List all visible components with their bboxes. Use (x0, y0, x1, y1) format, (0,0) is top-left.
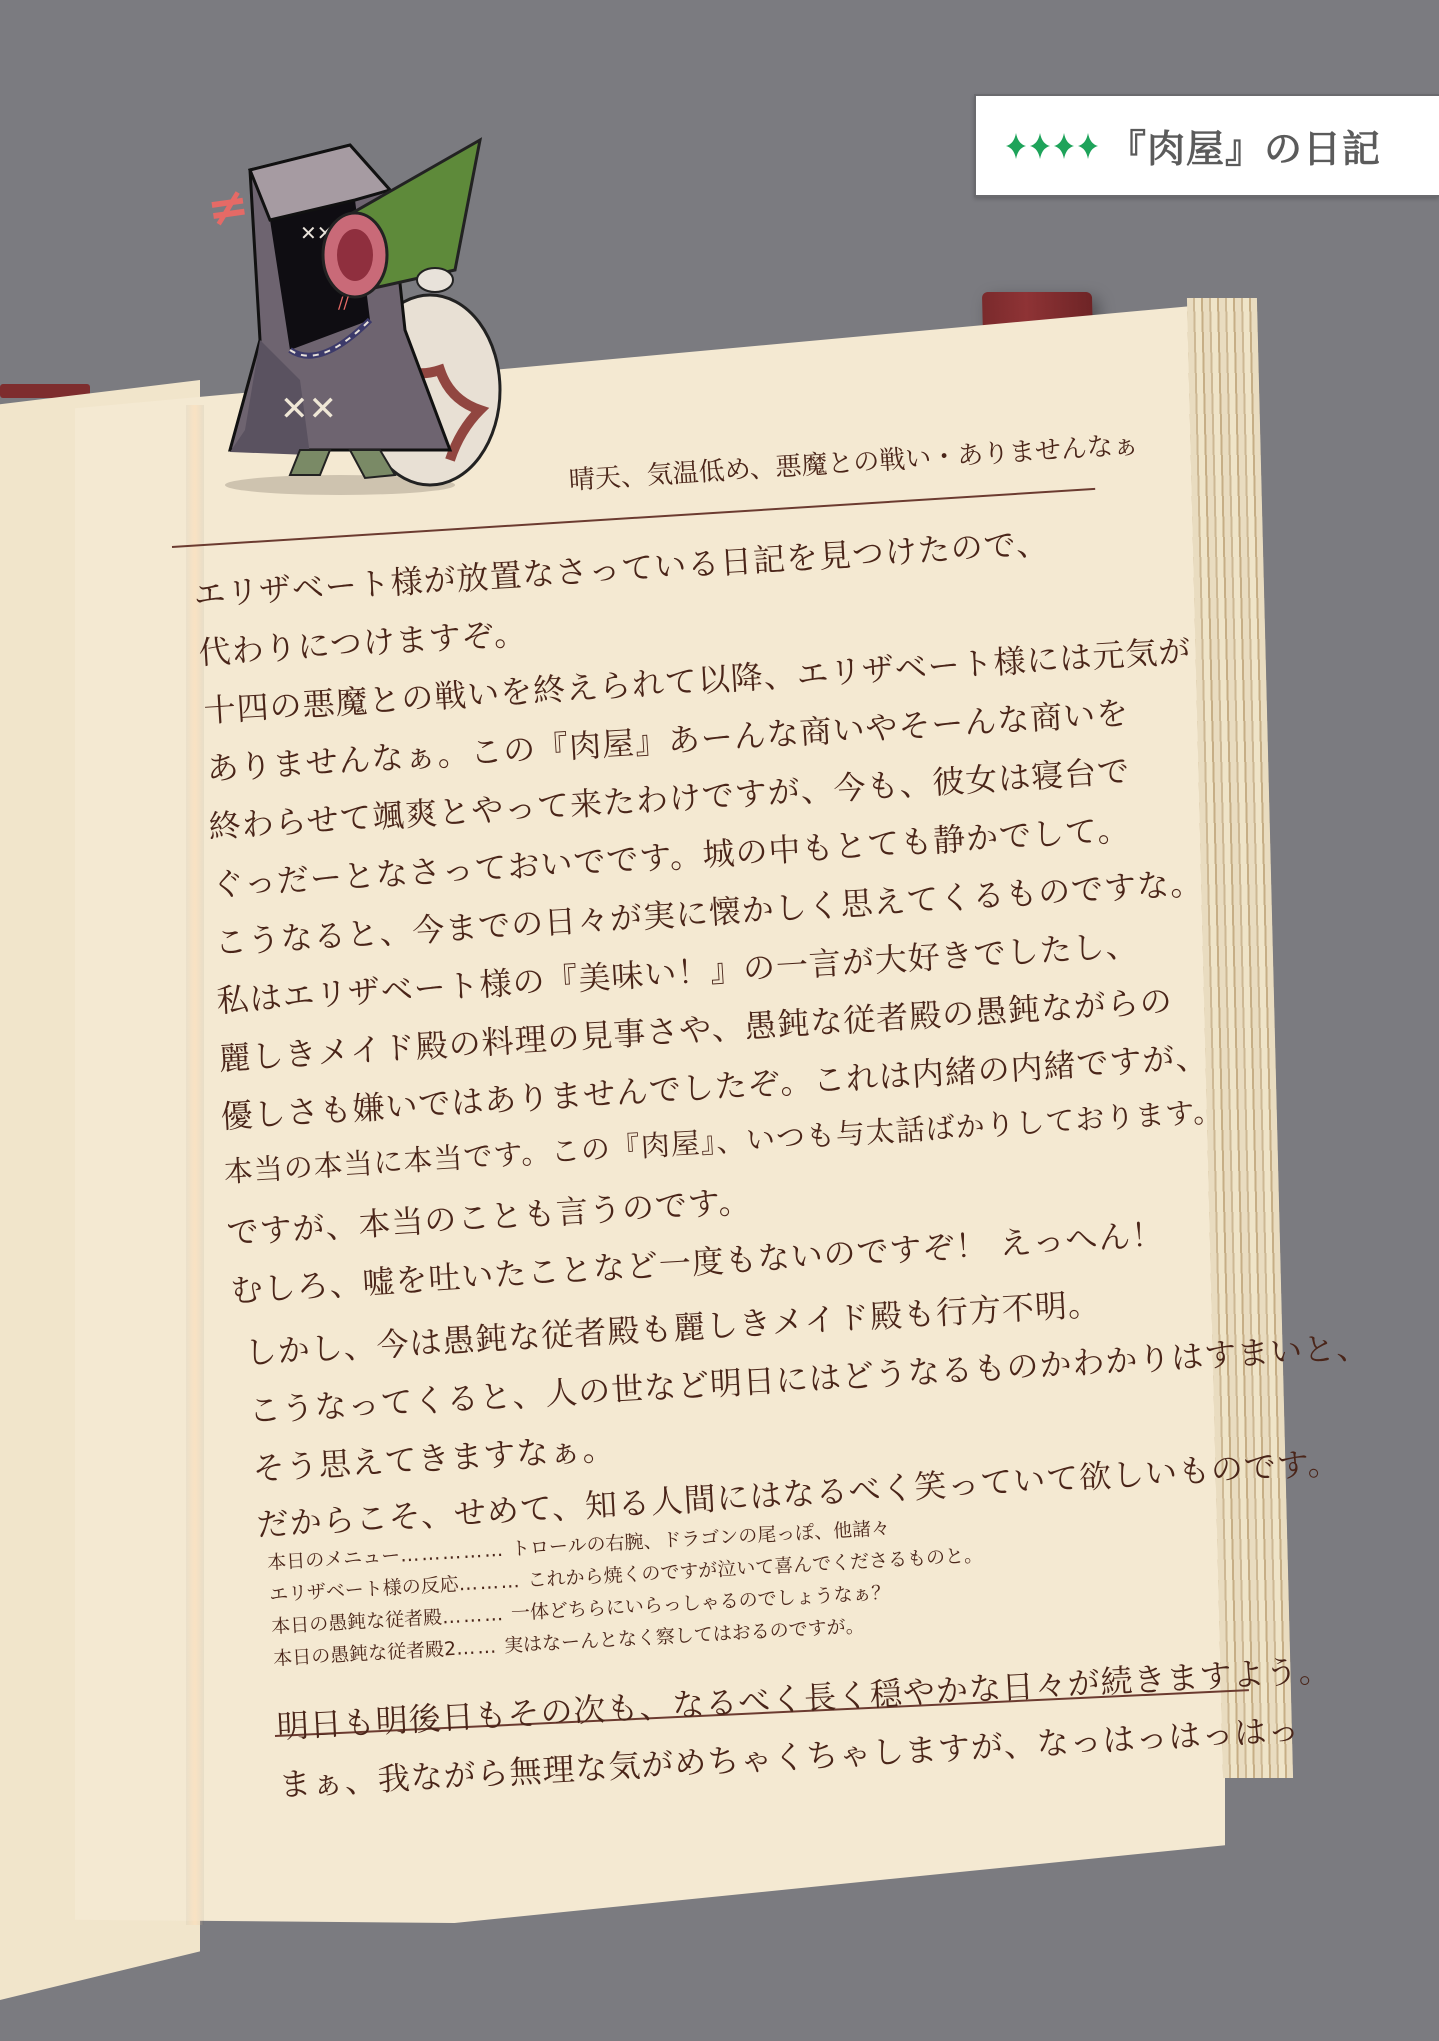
diary-title-card: 『肉屋』の日記 (974, 94, 1439, 197)
hooded-butcher-character-icon: ✕✕ ✕✕ // (190, 130, 510, 500)
sparkle-icon (1054, 133, 1074, 159)
diary-title: 『肉屋』の日記 (1108, 118, 1381, 173)
menu-dots: …… (456, 1635, 499, 1659)
svg-text://: // (338, 293, 349, 312)
menu-dots: ……… (458, 1570, 522, 1595)
menu-dots: …………… (400, 1539, 506, 1567)
sparkle-icon (1006, 133, 1026, 159)
sparkle-icon (1030, 133, 1050, 159)
menu-dots: ……… (441, 1603, 505, 1628)
sparkle-icon (1078, 133, 1098, 159)
sparkle-group (1006, 133, 1098, 159)
svg-text:✕✕: ✕✕ (280, 389, 337, 429)
